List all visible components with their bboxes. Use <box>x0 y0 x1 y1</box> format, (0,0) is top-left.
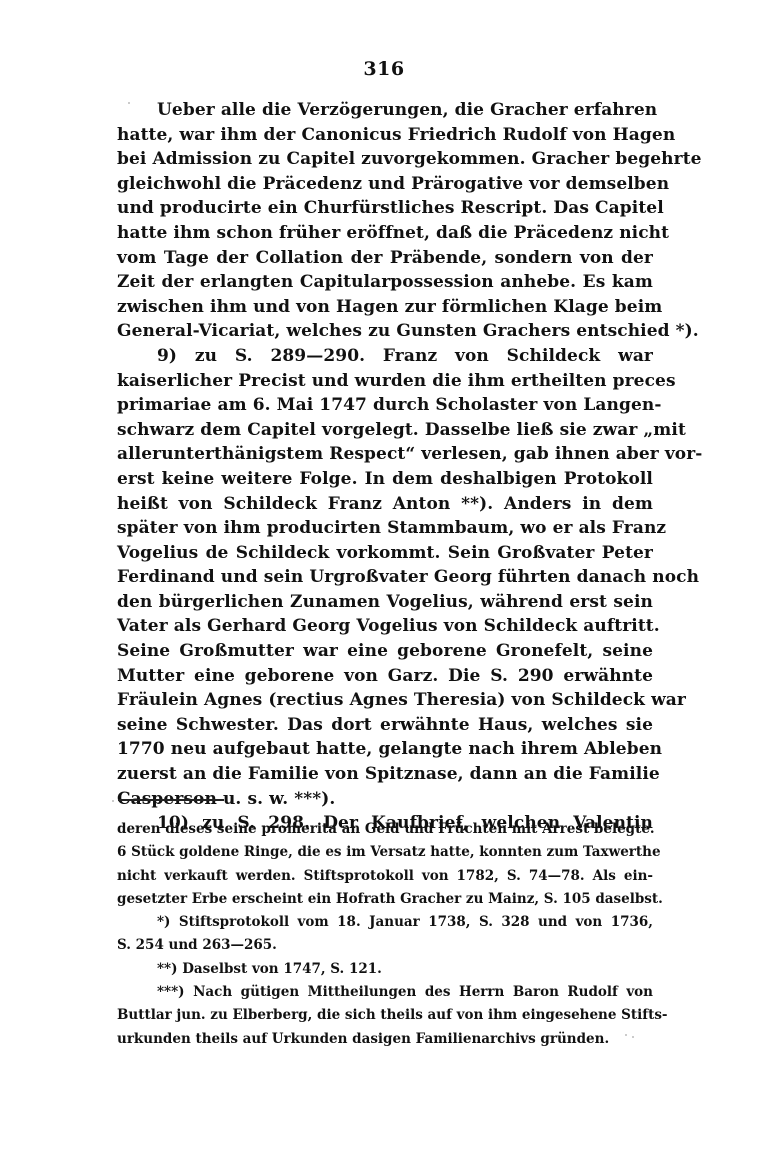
text-line: bei Admission zu Capitel zuvorgekommen. … <box>117 147 653 172</box>
footnote-3: ***) Nach gütigen Mittheilungen des Herr… <box>117 981 653 1004</box>
text-line: schwarz dem Capitel vorgelegt. Dasselbe … <box>117 418 653 443</box>
text-line: Vater als Gerhard Georg Vogelius von Sch… <box>117 614 653 639</box>
footnotes-block: deren dieses seine promerita an Geld und… <box>117 818 653 1051</box>
footnote-line: Buttlar jun. zu Elberberg, die sich thei… <box>117 1004 653 1027</box>
text-line: Mutter eine geborene von Garz. Die S. 29… <box>117 664 653 689</box>
text-line: und producirte ein Churfürstliches Rescr… <box>117 196 653 221</box>
footnote-2: **) Daselbst von 1747, S. 121. <box>117 958 653 981</box>
scan-speck <box>112 800 114 802</box>
text-line: allerunterthänigstem Respect“ verlesen, … <box>117 442 653 467</box>
text-line: heißt von Schildeck Franz Anton **). And… <box>117 492 653 517</box>
text-line: General-Vicariat, welches zu Gunsten Gra… <box>117 319 653 344</box>
text-line: hatte ihm schon früher eröffnet, daß die… <box>117 221 653 246</box>
text-line: hatte, war ihm der Canonicus Friedrich R… <box>117 123 653 148</box>
scan-speck <box>625 1034 627 1036</box>
text-line: Seine Großmutter war eine geborene Grone… <box>117 639 653 664</box>
text-line: Ferdinand und sein Urgroßvater Georg füh… <box>117 565 653 590</box>
text-line: Fräulein Agnes (rectius Agnes Theresia) … <box>117 688 653 713</box>
footnote-1: *) Stiftsprotokoll vom 18. Januar 1738, … <box>117 911 653 934</box>
footnote-line: S. 254 und 263—265. <box>117 934 653 957</box>
text-line: vom Tage der Collation der Präbende, son… <box>117 246 653 271</box>
text-line: später von ihm producirten Stammbaum, wo… <box>117 516 653 541</box>
text-line: kaiserlicher Precist und wurden die ihm … <box>117 369 653 394</box>
text-line: zuerst an die Familie von Spitznase, dan… <box>117 762 653 787</box>
text-line: Zeit der erlangten Capitularpossession a… <box>117 270 653 295</box>
footnote-divider <box>118 799 224 801</box>
scanned-book-page: 316 Ueber alle die Verzögerungen, die Gr… <box>0 0 768 1165</box>
text-line: zwischen ihm und von Hagen zur förmliche… <box>117 295 653 320</box>
main-text-block: Ueber alle die Verzögerungen, die Grache… <box>117 98 653 836</box>
text-line: Ueber alle die Verzögerungen, die Grache… <box>117 98 653 123</box>
page-number: 316 <box>0 58 768 80</box>
footnote-line: urkunden theils auf Urkunden dasigen Fam… <box>117 1028 653 1051</box>
footnote-line: gesetzter Erbe erscheint ein Hofrath Gra… <box>117 888 653 911</box>
text-line: seine Schwester. Das dort erwähnte Haus,… <box>117 713 653 738</box>
scan-speck <box>128 102 130 104</box>
scan-speck <box>632 1036 634 1038</box>
text-line: primariae am 6. Mai 1747 durch Scholaste… <box>117 393 653 418</box>
text-line: den bürgerlichen Zunamen Vogelius, währe… <box>117 590 653 615</box>
footnote-line: nicht verkauft werden. Stiftsprotokoll v… <box>117 865 653 888</box>
text-line: erst keine weitere Folge. In dem deshalb… <box>117 467 653 492</box>
footnote-line: 6 Stück goldene Ringe, die es im Versatz… <box>117 841 653 864</box>
text-line: 1770 neu aufgebaut hatte, gelangte nach … <box>117 737 653 762</box>
text-line: Vogelius de Schildeck vorkommt. Sein Gro… <box>117 541 653 566</box>
text-line: gleichwohl die Präcedenz und Prärogative… <box>117 172 653 197</box>
footnote-line: deren dieses seine promerita an Geld und… <box>117 818 653 841</box>
section-9-heading-line: 9) zu S. 289—290. Franz von Schildeck wa… <box>117 344 653 369</box>
